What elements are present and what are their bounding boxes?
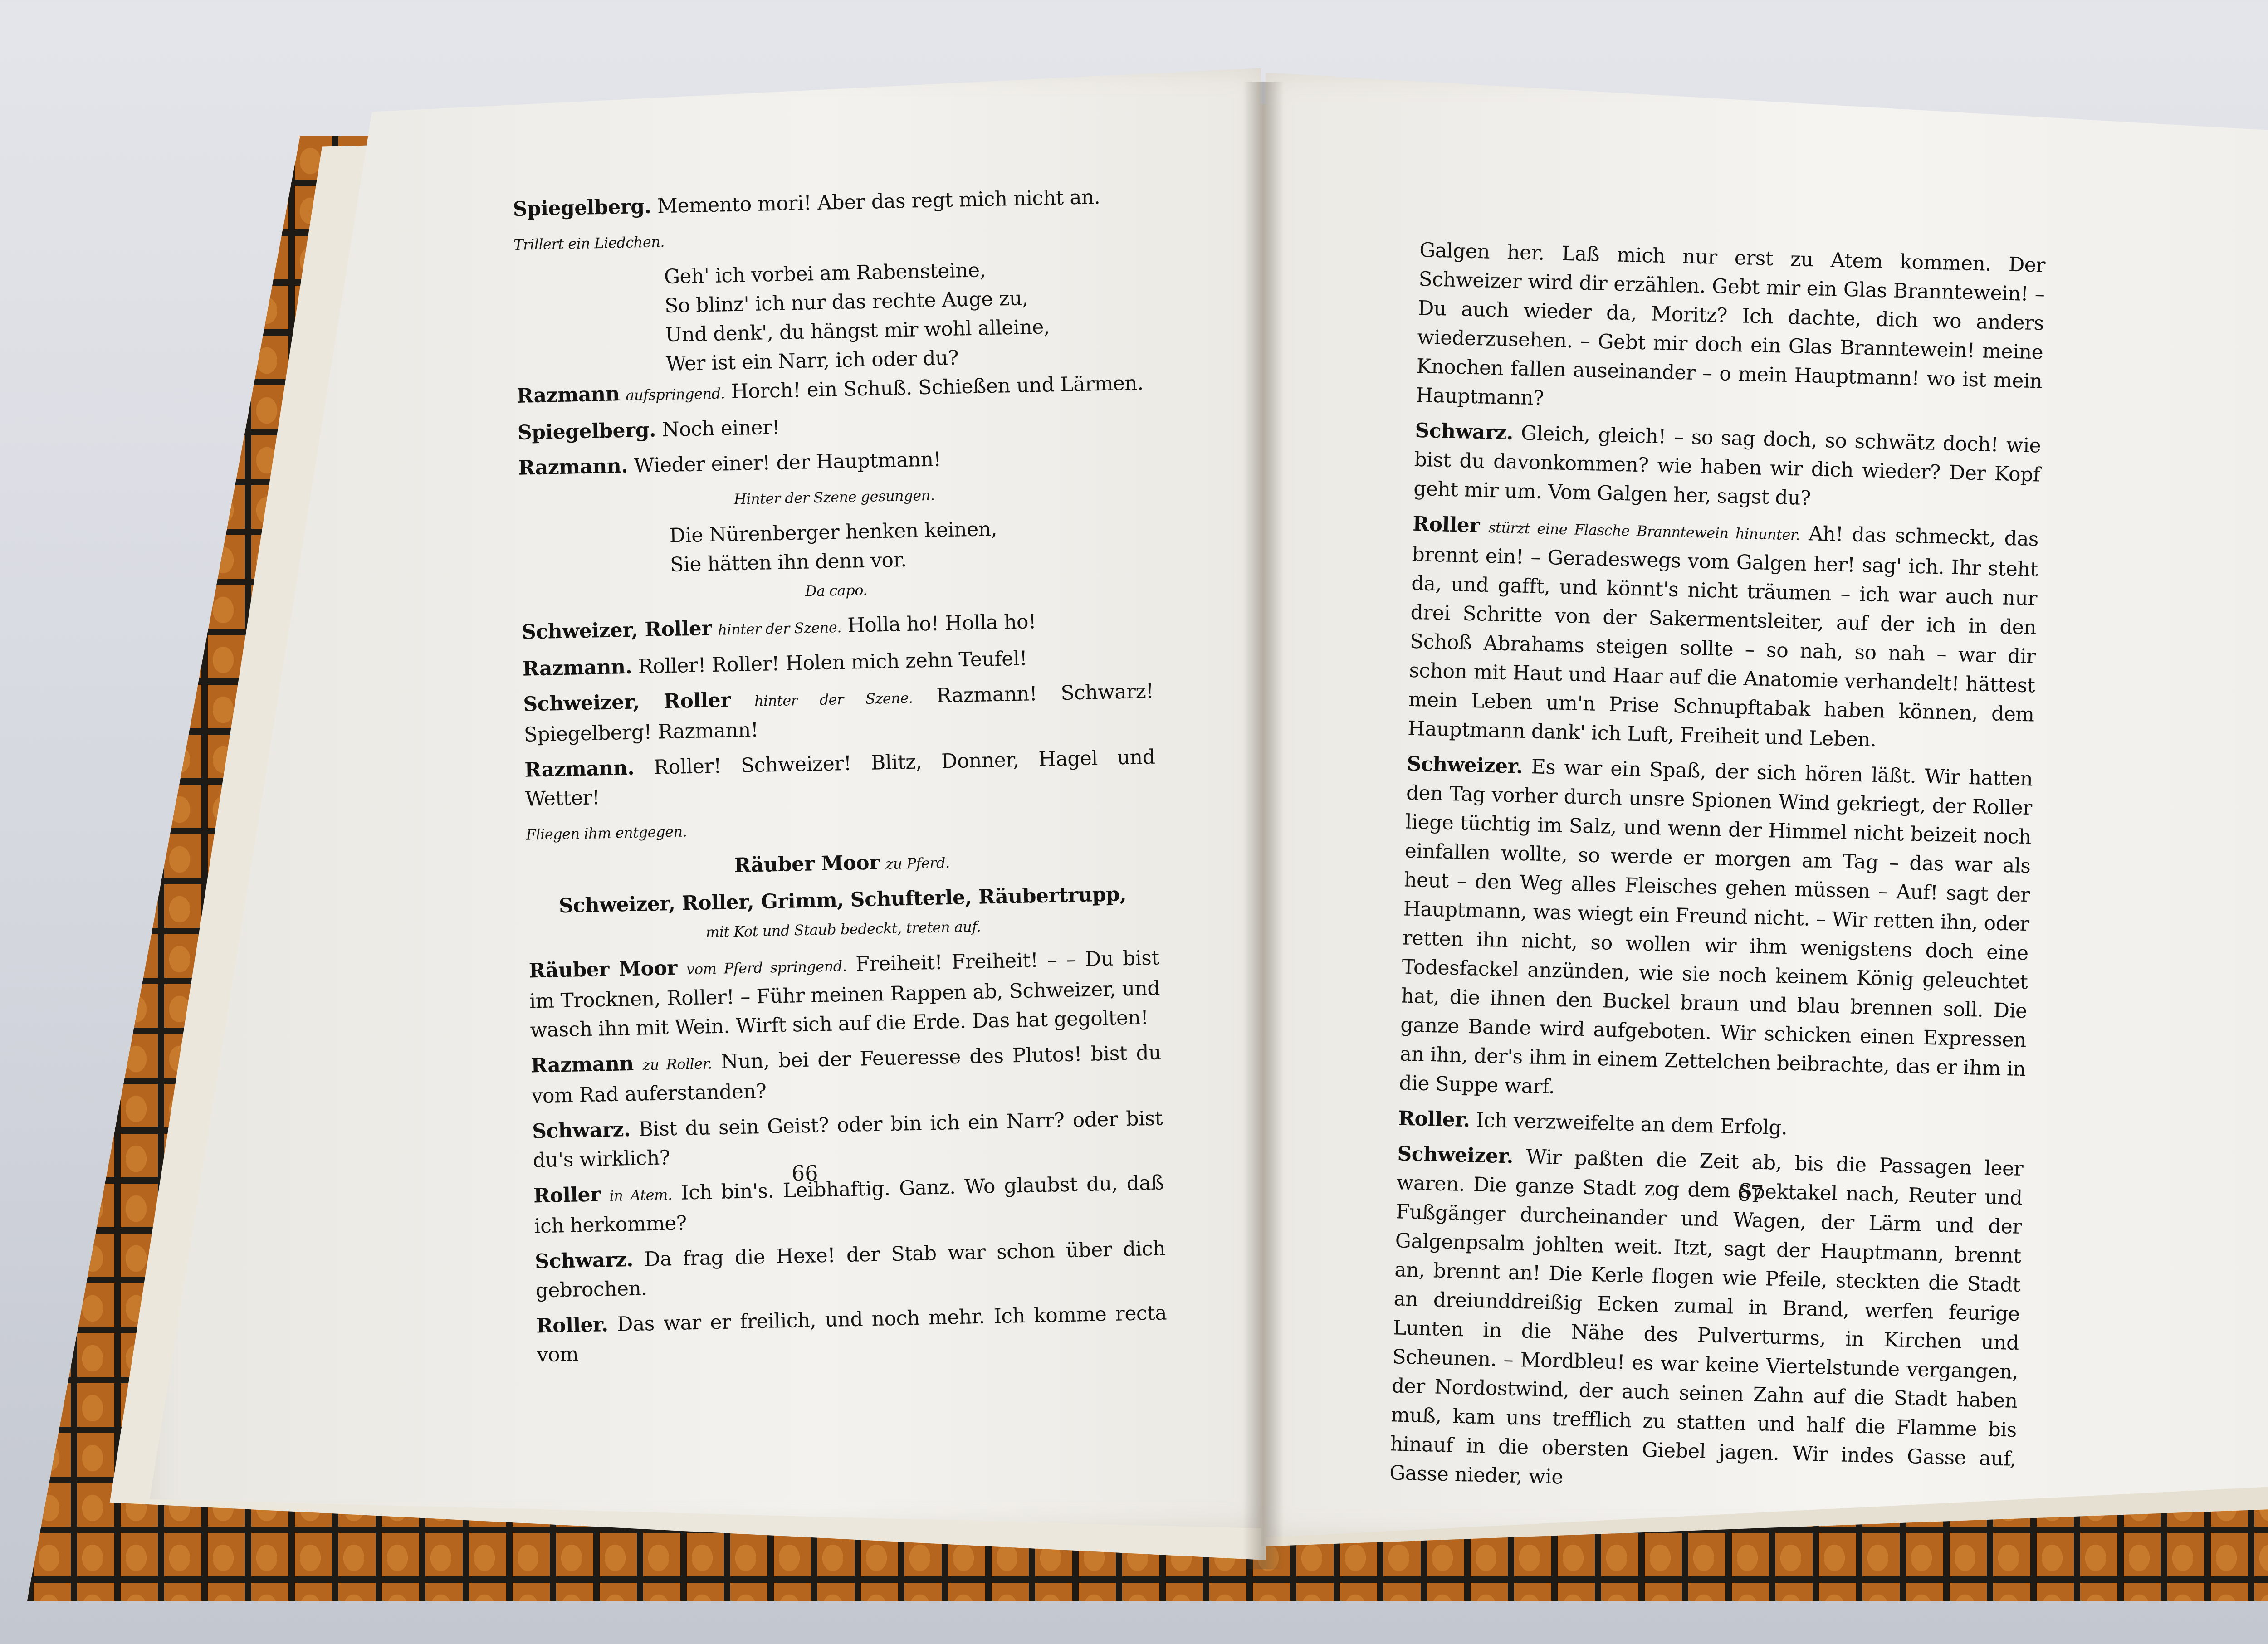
speaker: Roller. (1398, 1107, 1471, 1132)
speaker: Schweizer. (1407, 752, 1523, 778)
dialogue: Es war ein Spaß, der sich hören läßt. Wi… (1399, 755, 2033, 1098)
stage-direction: zu Roller. (642, 1055, 712, 1073)
speaker: Razmann (517, 382, 620, 408)
dialogue: Wir paßten die Zeit ab, bis die Passagen… (1389, 1145, 2024, 1488)
speaker: Roller (533, 1183, 601, 1207)
stage-direction: hinter der Szene. (754, 689, 913, 710)
speaker: Schwarz. (535, 1248, 633, 1273)
stage-direction: stürzt eine Flasche Branntewein hinunter… (1488, 519, 1800, 544)
speaker: Razmann (531, 1052, 634, 1078)
speaker: Schweizer, Roller (522, 617, 712, 644)
dialogue: Ah! das schmeckt, das brennt ein! – Gera… (1408, 522, 2039, 751)
dialogue: Noch einer! (662, 416, 780, 441)
stage-direction: zu Pferd. (885, 854, 950, 873)
dialogue: Das war er freilich, und noch mehr. Ich … (537, 1301, 1167, 1366)
stage-direction: aufspringend. (626, 385, 725, 404)
dialogue: Galgen her. Laß mich nur erst zu Atem ko… (1416, 236, 2046, 425)
speaker: Spiegelberg. (517, 419, 656, 444)
dialogue: Horch! ein Schuß. Schießen und Lärmen. (731, 371, 1144, 403)
speaker: Roller. (536, 1313, 608, 1337)
speaker: Roller (1413, 512, 1480, 537)
dialogue: Memento mori! Aber das regt mich nicht a… (657, 185, 1100, 218)
dialogue: Ich verzweifelte an dem Erfolg. (1476, 1109, 1788, 1140)
stage-direction: hinter der Szene. (718, 619, 841, 639)
speaker: Razmann. (518, 454, 628, 480)
stage-direction: Trillert ein Liedchen. (513, 217, 1144, 259)
stage-direction: Fliegen ihm entgegen. (526, 807, 1157, 849)
speaker: Schweizer, Roller (523, 688, 731, 716)
speaker: Razmann. (522, 655, 632, 681)
dialogue: Ich bin's. Leibhaftig. Ganz. Wo glaubst … (534, 1171, 1164, 1238)
speaker: Räuber Moor (734, 851, 880, 877)
dialogue: Roller! Roller! Holen mich zehn Teufel! (638, 647, 1027, 678)
dialogue: Wieder einer! der Hauptmann! (634, 448, 941, 477)
speaker: Schwarz. (1415, 419, 1514, 444)
page-number-left: 66 (792, 1161, 818, 1185)
speaker: Schwarz. (532, 1118, 631, 1143)
speaker: Spiegelberg. (513, 195, 651, 221)
stage-direction: vom Pferd springend. (686, 957, 847, 978)
speaker: Schweizer. (1397, 1142, 1514, 1168)
page-number-right: 67 (1737, 1181, 1764, 1206)
right-page-text: Galgen her. Laß mich nur erst zu Atem ko… (1389, 236, 2045, 1509)
stage-direction: Hinter der Szene gesungen. (519, 476, 1150, 518)
verse: Geh' ich vorbei am Rabensteine, So blinz… (664, 253, 1147, 379)
speaker: Räuber Moor (528, 956, 677, 983)
stage-direction: in Atem. (609, 1186, 672, 1205)
verse: Die Nürenberger henken keinen, Sie hätte… (669, 512, 1151, 580)
speaker: Razmann. (524, 756, 634, 782)
book-gutter (1243, 82, 1284, 1569)
left-page-text: Spiegelberg. Memento mori! Aber das regt… (513, 182, 1168, 1376)
dialogue: Holla ho! Holla ho! (847, 610, 1036, 637)
stage-direction: Da capo. (521, 570, 1152, 612)
